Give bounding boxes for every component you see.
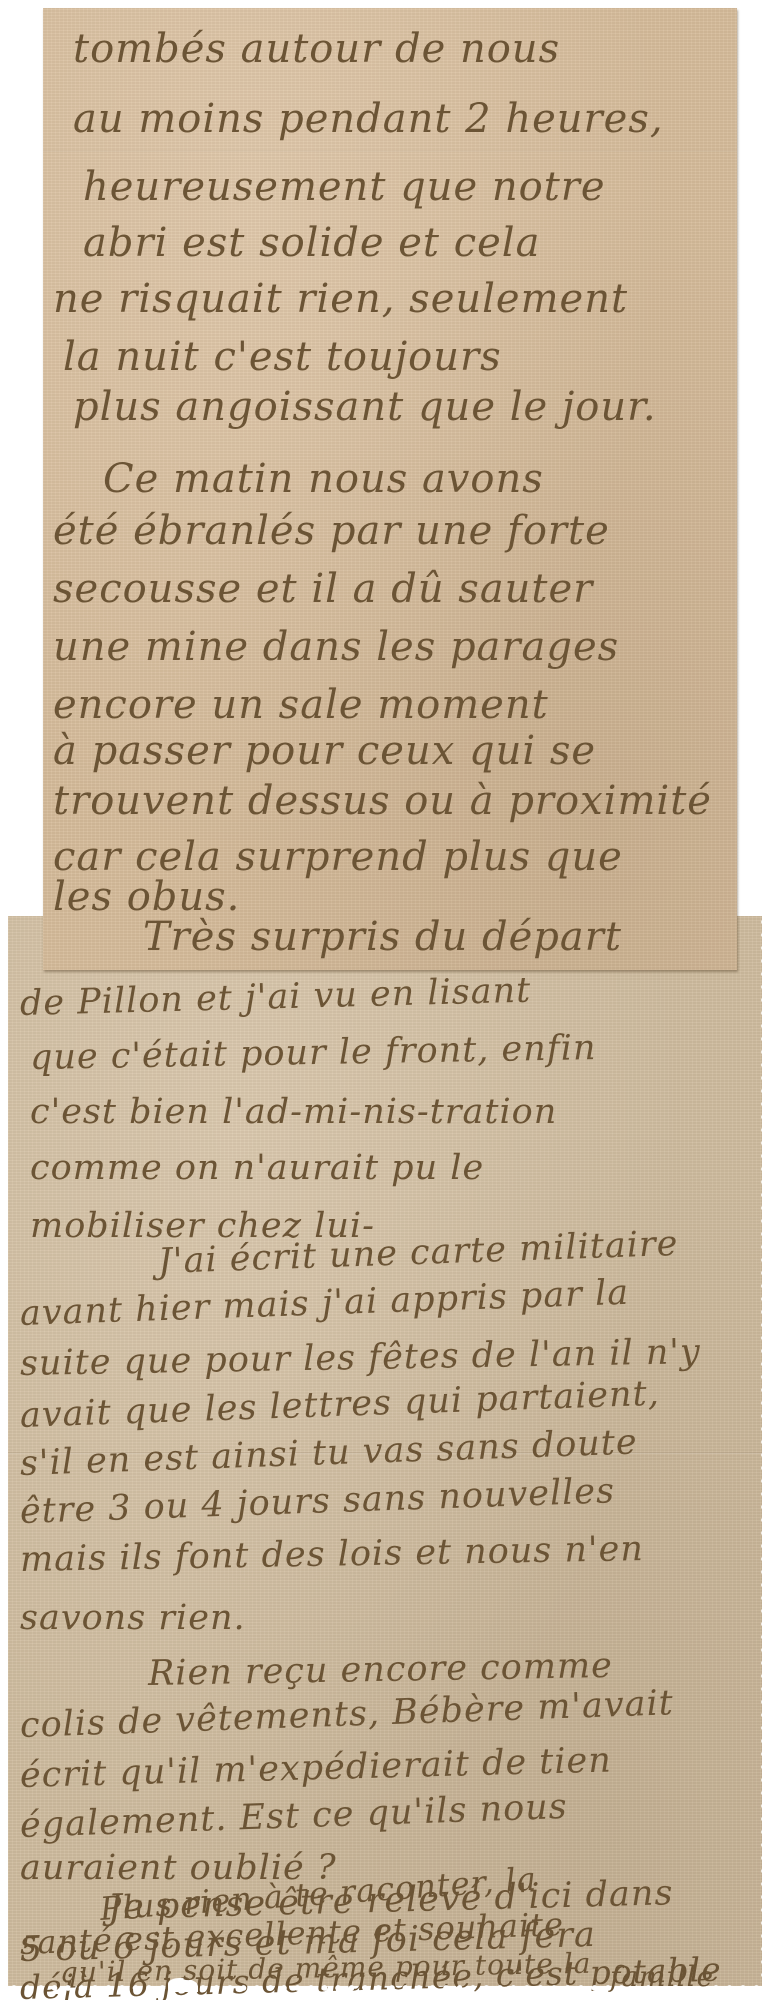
card-line: avant hier mais j'ai appris par la — [19, 1273, 629, 1334]
letter-line: secousse et il a dû sauter — [53, 566, 593, 612]
letter-line: heureusement que notre — [83, 164, 606, 210]
letter-line: la nuit c'est toujours — [63, 334, 502, 380]
fold-crease — [43, 150, 737, 152]
letter-line: Très surpris du départ — [143, 914, 622, 960]
letter-sheet: tombés autour de nous au moins pendant 2… — [43, 8, 737, 970]
letter-line: encore un sale moment — [53, 682, 549, 728]
card-line: c'est bien l'ad-mi-nis-tration — [30, 1092, 557, 1132]
letter-line: été ébranlés par une forte — [53, 508, 610, 554]
card-sheet: de Pillon et j'ai vu en lisant que c'éta… — [8, 916, 762, 1986]
letter-line: ne risquait rien, seulement — [53, 276, 628, 322]
letter-line: tombés autour de nous — [73, 26, 560, 72]
card-line: de Pillon et j'ai vu en lisant — [19, 971, 531, 1024]
letter-line: Ce matin nous avons — [103, 456, 544, 502]
card-line: famille — [610, 1960, 714, 1993]
letter-line: plus angoissant que le jour. — [73, 384, 657, 430]
letter-line: à passer pour ceux qui se — [53, 728, 596, 774]
card-line: colis de vêtements, Bébère m'avait — [19, 1683, 674, 1746]
card-line: que c'était pour le front, enfin — [30, 1028, 597, 1078]
letter-line: une mine dans les parages — [53, 624, 619, 670]
letter-line: trouvent dessus ou à proximité — [53, 778, 712, 824]
card-line: comme on n'aurait pu le — [30, 1148, 484, 1188]
card-line: également. Est ce qu'ils nous — [19, 1787, 568, 1846]
letter-line: au moins pendant 2 heures, — [73, 96, 664, 142]
card-line: savons rien. — [20, 1598, 246, 1638]
letter-line: abri est solide et cela — [83, 220, 540, 266]
card-line: mais ils font des lois et nous n'en — [20, 1529, 644, 1580]
